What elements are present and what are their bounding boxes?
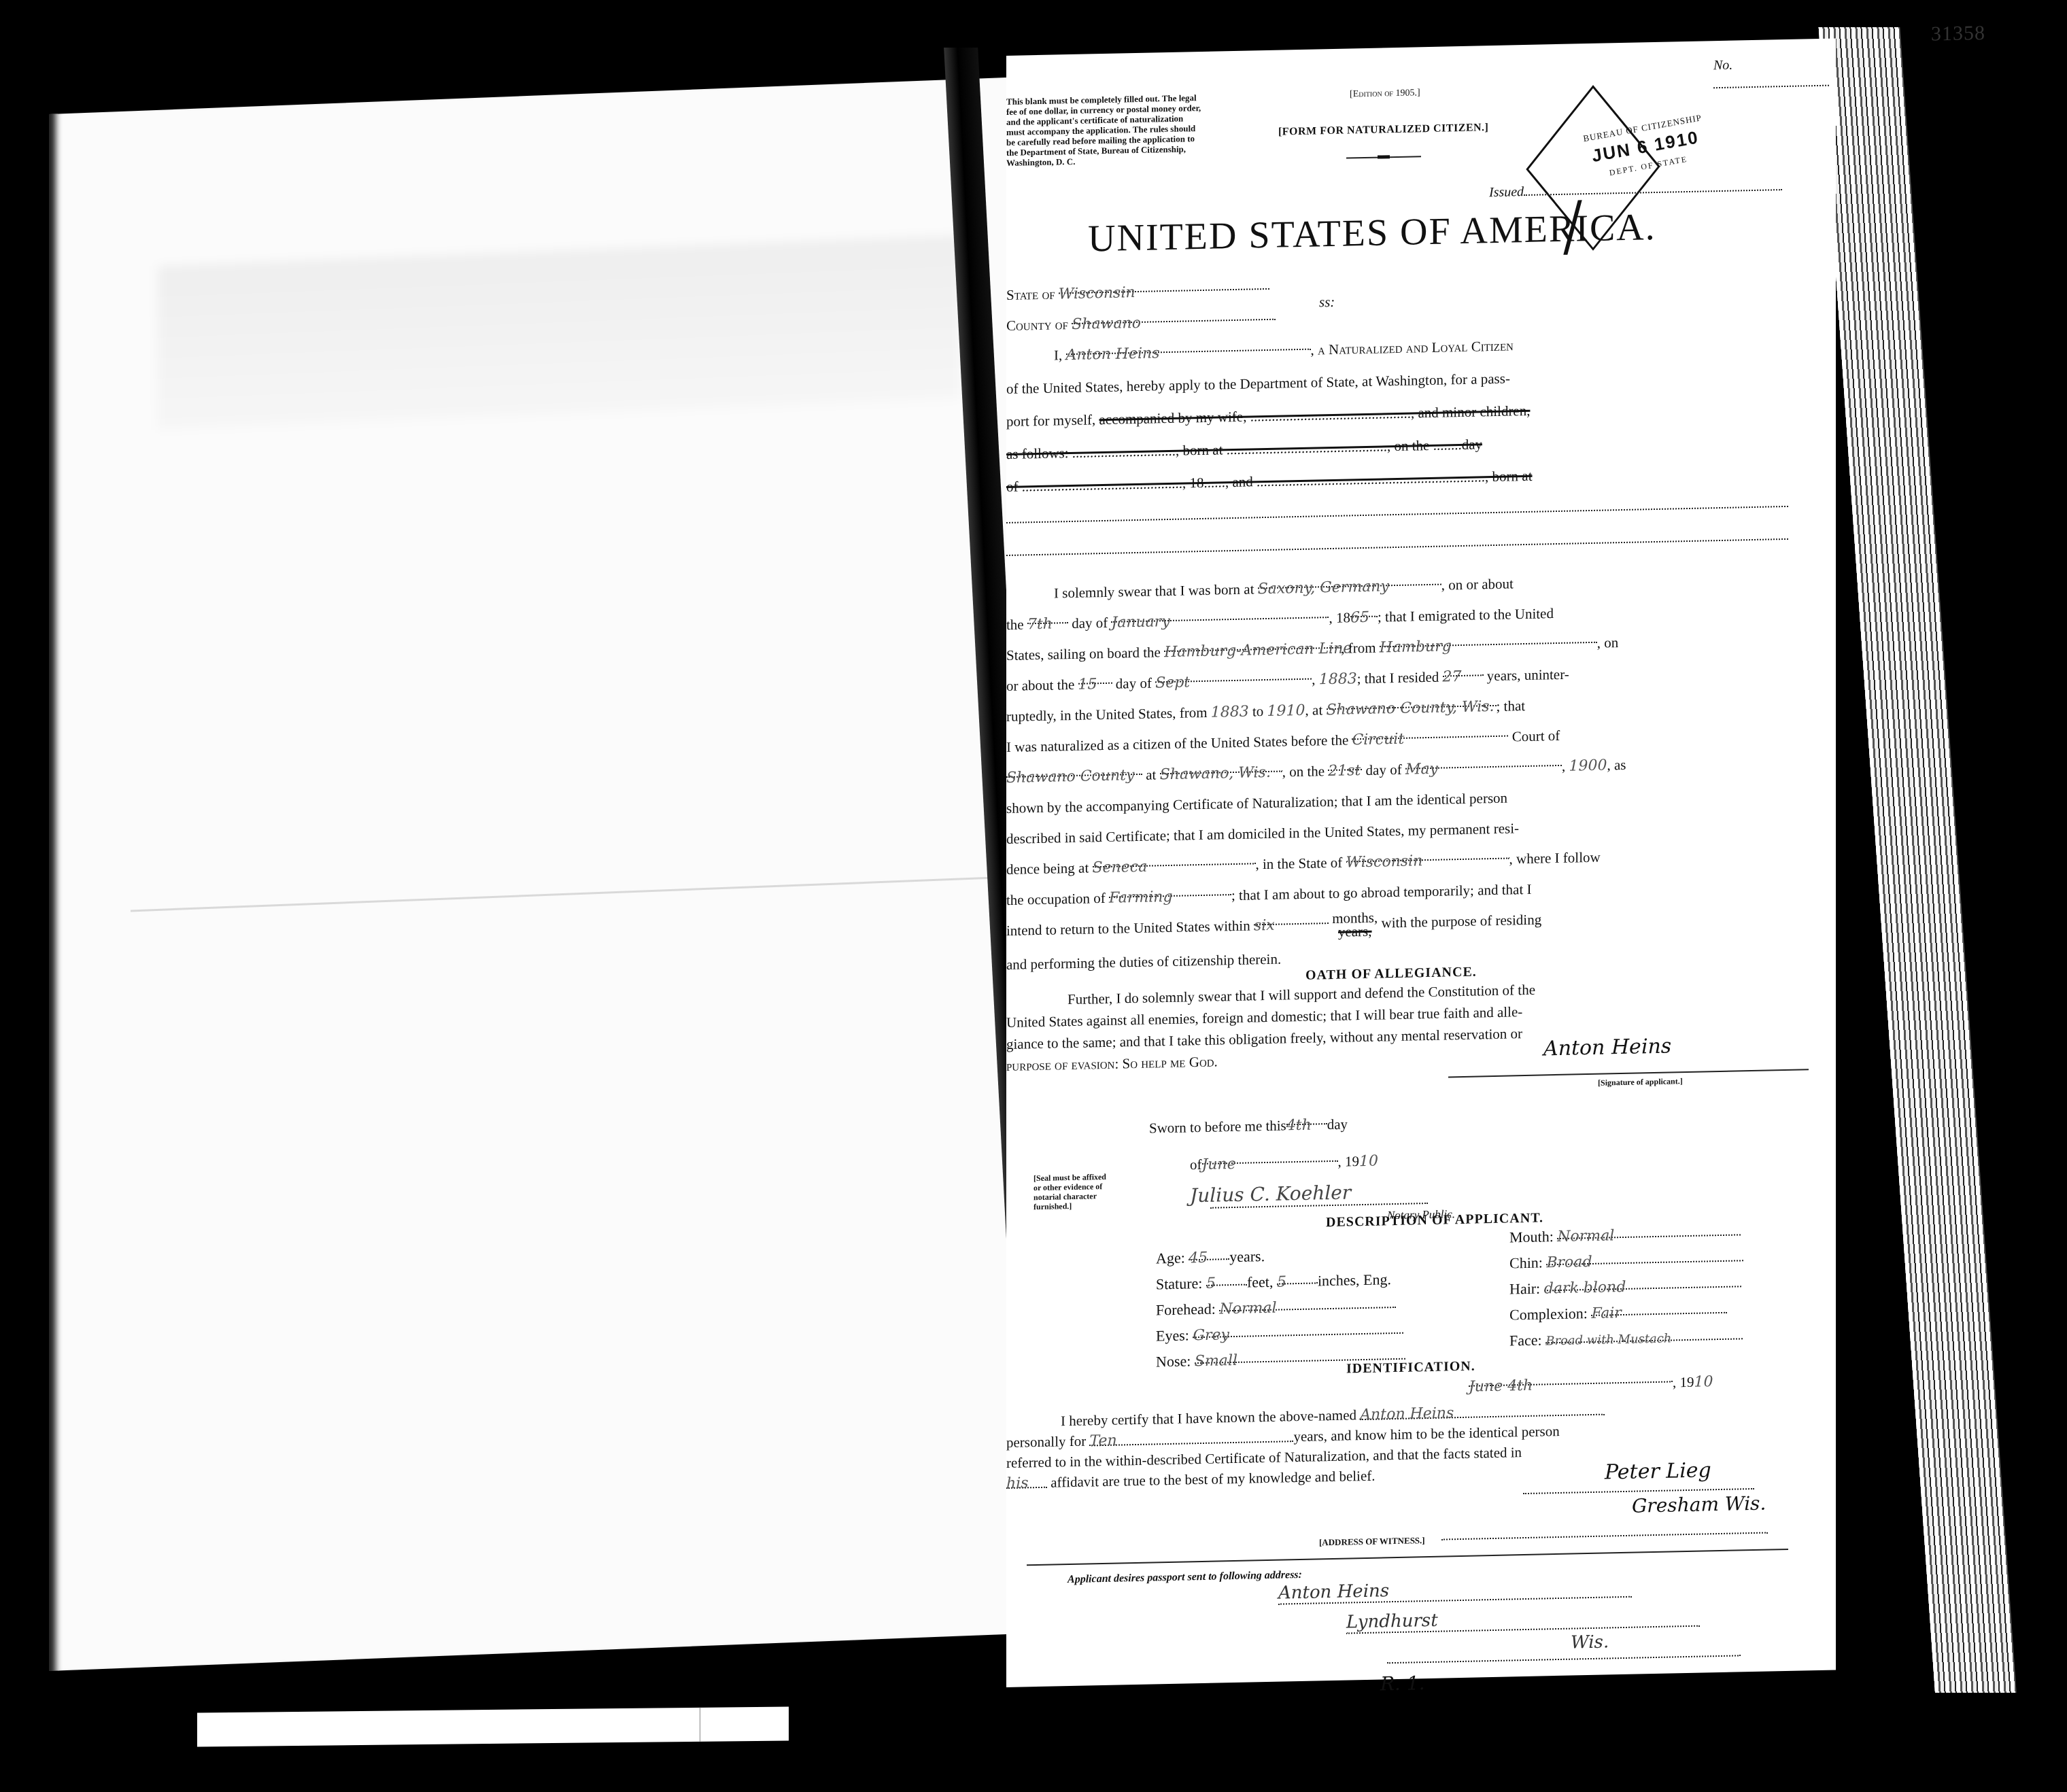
sworn-month: June: [1202, 1147, 1338, 1165]
court-of-label: Court of: [1512, 727, 1560, 744]
face-label: Face:: [1509, 1332, 1542, 1349]
state-label: State of: [1006, 286, 1055, 303]
eyes-label: Eyes:: [1156, 1326, 1189, 1344]
mailing-line-2: Lyndhurst: [1346, 1605, 1700, 1634]
mailing-line-3: Wis.: [1387, 1634, 1741, 1664]
affidavit-pronoun: his: [1006, 1473, 1047, 1489]
residence-label: dence being at: [1006, 859, 1089, 878]
that-label: ; that: [1497, 697, 1526, 714]
passport-application-page: 31358 This blank must be completely fill…: [1006, 38, 1836, 1687]
mailing-label: Applicant desires passport sent to follo…: [1067, 1569, 1302, 1586]
years-label: years.: [1229, 1247, 1265, 1265]
signature-label: [Signature of applicant.]: [1598, 1076, 1683, 1088]
face-value: Broad with Mustach: [1545, 1324, 1743, 1343]
resided-from: 1883: [1211, 704, 1249, 721]
day-of-label: day of: [1072, 615, 1108, 632]
bleed-through-text: [158, 236, 960, 430]
ruptedly-label: ruptedly, in the United States, from: [1006, 704, 1208, 725]
chin-label: Chin:: [1509, 1254, 1543, 1271]
sworn-day: 4th: [1286, 1109, 1327, 1125]
years-resided: 27: [1443, 661, 1484, 676]
witness-address-line: [1441, 1526, 1768, 1540]
age-label: Age:: [1156, 1249, 1185, 1267]
age-value: 45: [1189, 1245, 1229, 1260]
court-place: Shawano, Wis.: [1160, 757, 1282, 775]
resided-label: ; that I resided: [1357, 669, 1439, 687]
sailing-label: States, sailing on board the: [1006, 644, 1161, 664]
or-about-label: or about the: [1006, 676, 1074, 694]
complexion-label: Complexion:: [1509, 1305, 1588, 1323]
feet-label: feet,: [1247, 1273, 1273, 1291]
court-at-label: at: [1146, 766, 1156, 782]
birthplace: Saxony, Germany: [1258, 570, 1441, 589]
number-field: [1713, 71, 1829, 89]
return-label: intend to return to the United States wi…: [1006, 917, 1250, 939]
mailing-route: R. 1.: [1380, 1672, 1425, 1695]
applicant-signature: Anton Heins: [1543, 1031, 1671, 1065]
chin-value: Broad: [1546, 1246, 1743, 1265]
years-known: Ten: [1089, 1427, 1293, 1446]
mailing-line-1: Anton Heins: [1278, 1576, 1632, 1605]
application-number: No.: [1713, 55, 1836, 92]
born-at-label: I solemnly swear that I was born at: [1054, 581, 1254, 601]
naturalization-day: 21st: [1328, 755, 1362, 771]
years-struck: years,: [1338, 923, 1372, 940]
in-state-label: , in the State of: [1256, 855, 1343, 873]
residence-town: Seneca: [1093, 849, 1256, 867]
of-label: of: [1190, 1156, 1202, 1173]
page-title: UNITED STATES OF AMERICA.: [1088, 205, 1656, 261]
day-of-label-3: day of: [1366, 761, 1402, 778]
occupation: Farming: [1109, 880, 1231, 898]
year-19: 19: [1345, 1153, 1359, 1169]
court-county: Shawano County: [1006, 760, 1142, 778]
duties-text: and performing the duties of citizenship…: [1006, 944, 1281, 980]
filing-notice: This blank must be completely filled out…: [1006, 92, 1203, 168]
citizen-text: , a Naturalized and Loyal Citizen: [1311, 337, 1514, 358]
birth-day: 7th: [1027, 608, 1068, 624]
mailing-block: Applicant desires passport sent to follo…: [1006, 1558, 1822, 1575]
forehead-label: Forehead:: [1156, 1300, 1216, 1319]
birth-year: 65: [1350, 602, 1378, 618]
the-label: the: [1006, 616, 1024, 633]
mouth-label: Mouth:: [1509, 1228, 1554, 1245]
residing-text: with the purpose of residing: [1382, 912, 1542, 931]
section-divider: [1027, 1549, 1788, 1566]
hair-label: Hair:: [1509, 1280, 1540, 1298]
occupation-label: the occupation of: [1006, 890, 1106, 908]
year-19-2: 19: [1680, 1374, 1694, 1390]
eyes-value: Grey: [1193, 1319, 1403, 1338]
ss-label: ss:: [1319, 287, 1335, 317]
issued-label: Issued: [1489, 184, 1524, 200]
notary-block: Sworn to before me this4thday ofJune, 19…: [1006, 1099, 1822, 1116]
naturalization-month: May: [1405, 751, 1562, 770]
witness-address: Gresham Wis.: [1632, 1488, 1766, 1521]
nose-label: Nose:: [1156, 1352, 1191, 1370]
return-period: six: [1254, 909, 1329, 925]
resided-at: Shawano County, Wis.: [1327, 691, 1497, 710]
signature-line: [1448, 1069, 1809, 1078]
resided-to: 1910: [1267, 702, 1305, 720]
page-fold-line: [131, 876, 1008, 912]
hair-value: dark blond: [1544, 1272, 1741, 1291]
emigrated-text: ; that I emigrated to the United: [1378, 605, 1554, 625]
sail-year: 1883: [1319, 670, 1357, 688]
stature-feet: 5: [1206, 1271, 1247, 1286]
forehead-value: Normal: [1219, 1293, 1396, 1311]
naturalization-year: 1900: [1569, 757, 1607, 774]
edition-label: [Edition of 1905.]: [1350, 88, 1420, 100]
period-unit: months, years,: [1332, 911, 1378, 939]
where-follow-label: , where I follow: [1509, 849, 1601, 867]
on-the-label: , on the: [1282, 763, 1325, 780]
stature-label: Stature:: [1156, 1275, 1202, 1292]
description-right: Mouth: Normal Chin: Broad Hair: dark blo…: [1509, 1220, 1743, 1354]
strip-tab: [700, 1706, 789, 1741]
state-row: State of Wisconsin: [1006, 275, 1269, 311]
on-label: , on: [1597, 634, 1619, 651]
page-edges: [1818, 27, 2016, 1693]
identification-year: 10: [1694, 1373, 1713, 1391]
naturalized-label: I was naturalized as a citizen of the Un…: [1006, 731, 1348, 755]
stature-inches: 5: [1277, 1269, 1318, 1284]
identification-heading: IDENTIFICATION.: [1346, 1351, 1475, 1385]
century-18: 18: [1336, 609, 1350, 625]
to-label: to: [1252, 703, 1263, 719]
left-blank-page: [49, 77, 1028, 1671]
years-uninter-label: years, uninter-: [1487, 666, 1569, 685]
mailing-state: Wis.: [1571, 1632, 1609, 1653]
from-label: , from: [1341, 640, 1376, 657]
paper-strip: [197, 1706, 789, 1746]
abroad-text: ; that I am about to go abroad temporari…: [1231, 881, 1531, 903]
known-name: Anton Heins: [1360, 1400, 1605, 1421]
state-value: Wisconsin: [1059, 275, 1269, 294]
as-label: , as: [1607, 757, 1626, 774]
day-label: day: [1327, 1116, 1348, 1133]
seal-note: [Seal must be affixed or other evidence …: [1033, 1172, 1108, 1211]
serial-number: 31358: [1931, 22, 1985, 46]
mouth-value: Normal: [1557, 1220, 1741, 1239]
sail-month: Sept: [1155, 665, 1312, 683]
personally-for-label: personally for: [1006, 1433, 1086, 1451]
court-type: Circuit: [1352, 722, 1508, 740]
struck-wife-line: accompanied by my wife, ................…: [1099, 402, 1530, 428]
sworn-label: Sworn to before me this: [1149, 1117, 1286, 1136]
no-label: No.: [1713, 58, 1732, 73]
identification-date: June 4th: [1469, 1367, 1673, 1386]
day-of-label-2: day of: [1116, 675, 1152, 692]
residence-state: Wisconsin: [1346, 844, 1509, 863]
complexion-value: Fair: [1591, 1298, 1727, 1316]
blank-line-2: [1006, 521, 1788, 556]
issued-field: Issued: [1489, 175, 1782, 201]
at-label: , at: [1305, 702, 1323, 719]
sail-day: 15: [1078, 669, 1112, 685]
sworn-statement: I solemnly swear that I was born at Saxo…: [1006, 562, 1822, 579]
oath-line-4: purpose of evasion: So help me God.: [1006, 1050, 1218, 1077]
face-row: Face: Broad with Mustach: [1509, 1323, 1743, 1354]
affidavit-text: affidavit are true to the best of my kno…: [1050, 1468, 1375, 1491]
form-type-label: [FORM FOR NATURALIZED CITIZEN.]: [1278, 122, 1488, 138]
application-block: I, Anton Heins, a Naturalized and Loyal …: [1006, 324, 1822, 566]
ship-name: Hamburg-American Line: [1164, 634, 1341, 652]
county-label: County of: [1006, 316, 1068, 334]
i-label: I,: [1054, 347, 1062, 363]
on-or-about: , on or about: [1441, 575, 1514, 593]
ornament-rule: [1346, 156, 1421, 158]
sworn-year: 10: [1359, 1153, 1378, 1171]
witness-address-label: [ADDRESS OF WITNESS.]: [1319, 1536, 1425, 1547]
port-for-myself: port for myself,: [1006, 411, 1095, 430]
inches-label: inches, Eng.: [1318, 1271, 1391, 1289]
